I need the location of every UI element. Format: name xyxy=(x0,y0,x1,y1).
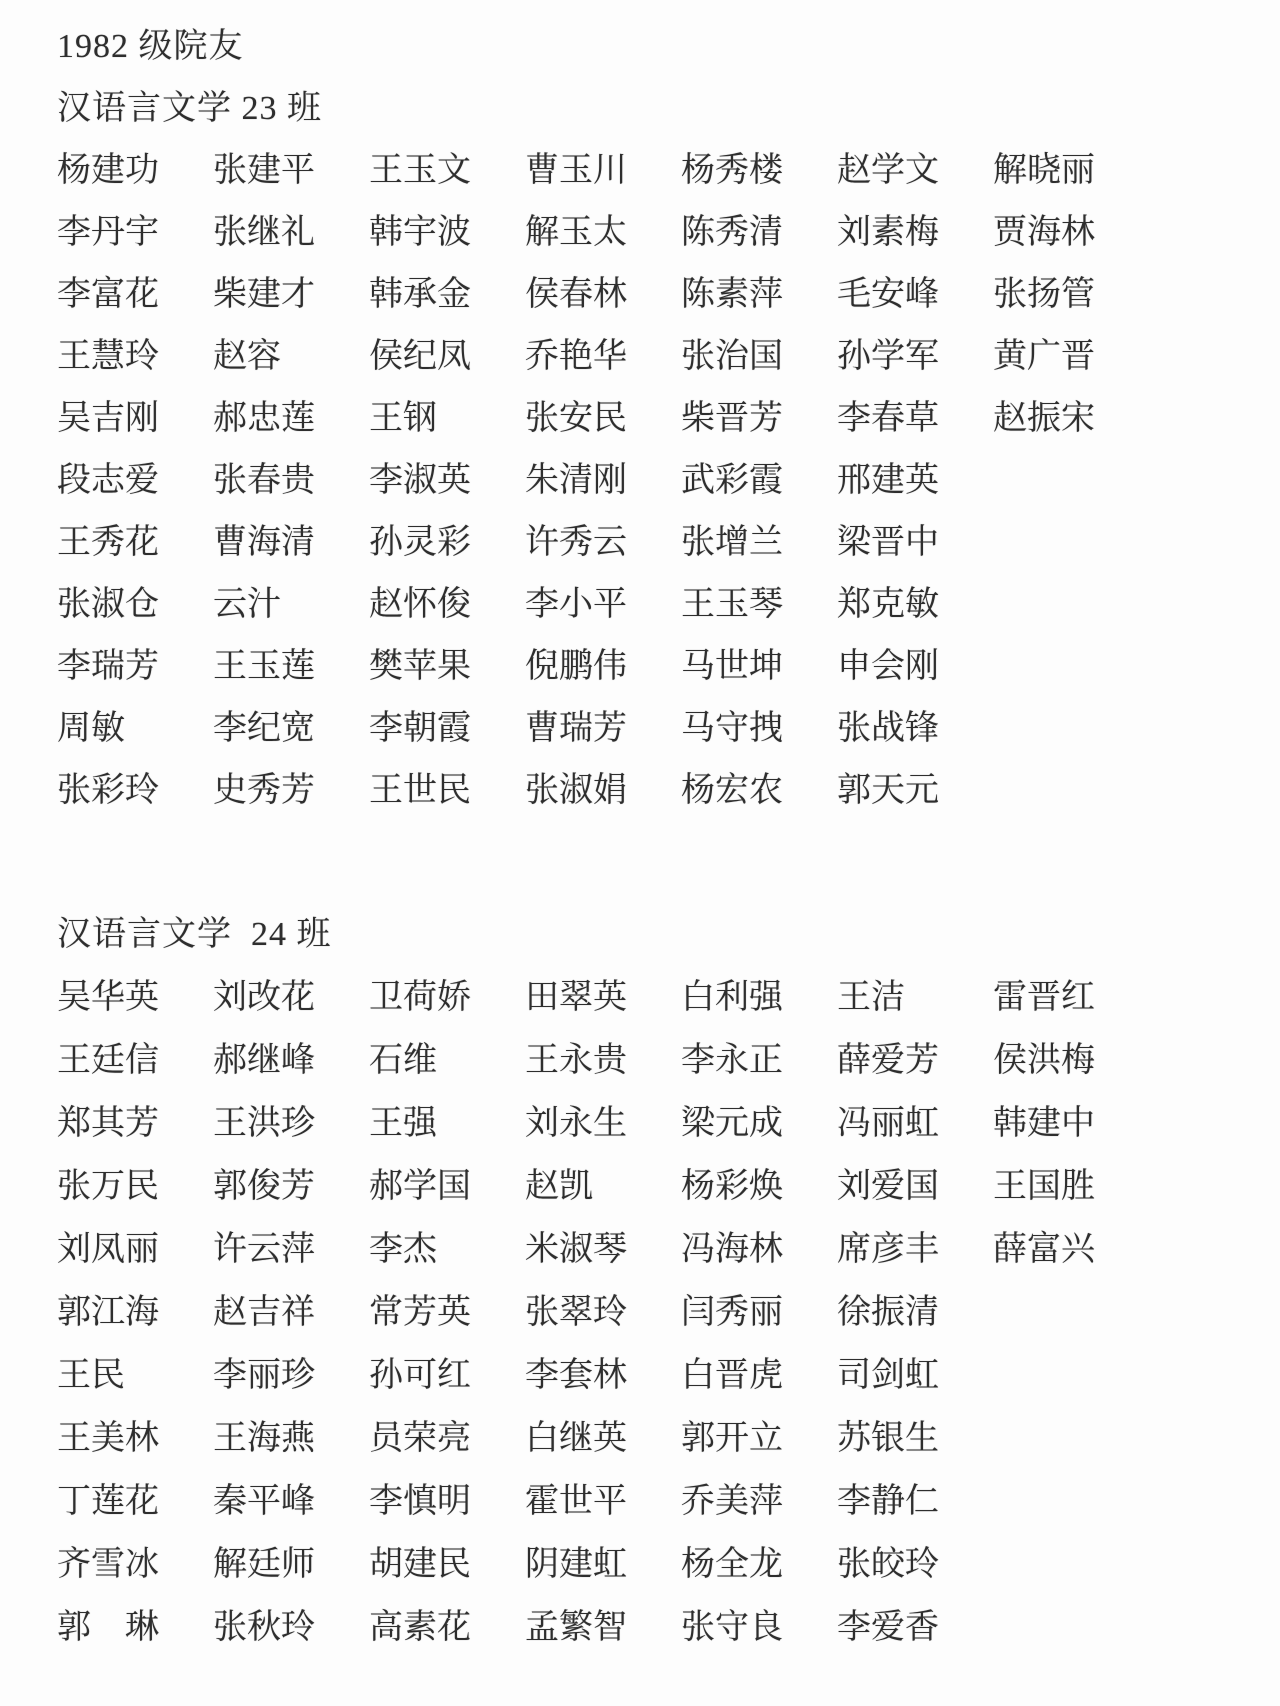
alumnus-name: 李套林 xyxy=(525,1344,681,1407)
alumnus-name: 曹瑞芳 xyxy=(525,698,681,760)
alumnus-name: 王秀花 xyxy=(57,512,213,574)
alumnus-name: 张万民 xyxy=(57,1155,213,1218)
alumnus-name: 张继礼 xyxy=(213,202,369,264)
name-row: 吴吉刚郝忠莲王钢张安民柴晋芳李春草赵振宋 xyxy=(57,388,1280,450)
alumnus-name: 刘素梅 xyxy=(837,202,993,264)
alumnus-name: 史秀芳 xyxy=(213,760,369,822)
alumnus-name: 段志爱 xyxy=(57,450,213,512)
alumnus-name: 侯纪凤 xyxy=(369,326,525,388)
alumnus-name: 吴吉刚 xyxy=(57,388,213,450)
alumnus-name: 王永贵 xyxy=(525,1029,681,1092)
alumnus-name: 郝继峰 xyxy=(213,1029,369,1092)
alumnus-name: 张皎玲 xyxy=(837,1533,993,1596)
alumnus-name: 秦平峰 xyxy=(213,1470,369,1533)
name-row: 张彩玲史秀芳王世民张淑娟杨宏农郭天元 xyxy=(57,760,1280,822)
alumnus-name: 高素花 xyxy=(369,1596,525,1659)
alumnus-name: 闫秀丽 xyxy=(681,1281,837,1344)
alumnus-name: 孙学军 xyxy=(837,326,993,388)
alumnus-name: 李瑞芳 xyxy=(57,636,213,698)
alumnus-name: 王民 xyxy=(57,1344,213,1407)
alumnus-name: 杨建功 xyxy=(57,140,213,202)
alumnus-name: 郝学国 xyxy=(369,1155,525,1218)
alumnus-name: 解廷师 xyxy=(213,1533,369,1596)
alumnus-name: 郑克敏 xyxy=(837,574,993,636)
alumnus-name: 申会刚 xyxy=(837,636,993,698)
alumnus-name: 白继英 xyxy=(525,1407,681,1470)
alumnus-name: 杨宏农 xyxy=(681,760,837,822)
alumnus-name: 马守拽 xyxy=(681,698,837,760)
alumnus-name: 张守良 xyxy=(681,1596,837,1659)
alumnus-name: 徐振清 xyxy=(837,1281,993,1344)
name-row: 李丹宇张继礼韩宇波解玉太陈秀清刘素梅贾海林 xyxy=(57,202,1280,264)
alumnus-name: 王廷信 xyxy=(57,1029,213,1092)
alumnus-name: 郭俊芳 xyxy=(213,1155,369,1218)
alumnus-name: 侯春林 xyxy=(525,264,681,326)
alumnus-name: 冯丽虹 xyxy=(837,1092,993,1155)
alumnus-name: 常芳英 xyxy=(369,1281,525,1344)
alumnus-name: 李纪宽 xyxy=(213,698,369,760)
class-section-23: 汉语言文学 23 班 杨建功张建平王玉文曹玉川杨秀楼赵学文解晓丽李丹宇张继礼韩宇… xyxy=(57,78,1280,822)
alumnus-name: 樊苹果 xyxy=(369,636,525,698)
alumnus-name: 韩承金 xyxy=(369,264,525,326)
alumnus-name: 郝忠莲 xyxy=(213,388,369,450)
name-row: 王廷信郝继峰石维王永贵李永正薛爱芳侯洪梅 xyxy=(57,1029,1280,1092)
name-row: 王民李丽珍孙可红李套林白晋虎司剑虹 xyxy=(57,1344,1280,1407)
alumnus-name: 米淑琴 xyxy=(525,1218,681,1281)
alumnus-name: 王强 xyxy=(369,1092,525,1155)
alumnus-name: 韩建中 xyxy=(993,1092,1149,1155)
alumnus-name: 赵吉祥 xyxy=(213,1281,369,1344)
name-row: 王慧玲赵容侯纪凤乔艳华张治国孙学军黄广晋 xyxy=(57,326,1280,388)
alumnus-name: 张春贵 xyxy=(213,450,369,512)
alumnus-name: 员荣亮 xyxy=(369,1407,525,1470)
alumnus-name: 赵凯 xyxy=(525,1155,681,1218)
name-row: 郭 琳张秋玲高素花孟繁智张守良李爱香 xyxy=(57,1596,1280,1659)
name-row: 郑其芳王洪珍王强刘永生梁元成冯丽虹韩建中 xyxy=(57,1092,1280,1155)
alumnus-name: 刘爱国 xyxy=(837,1155,993,1218)
name-row: 段志爱张春贵李淑英朱清刚武彩霞邢建英 xyxy=(57,450,1280,512)
alumnus-name: 杨全龙 xyxy=(681,1533,837,1596)
alumnus-name: 赵容 xyxy=(213,326,369,388)
alumnus-name: 胡建民 xyxy=(369,1533,525,1596)
name-grid-class-23: 杨建功张建平王玉文曹玉川杨秀楼赵学文解晓丽李丹宇张继礼韩宇波解玉太陈秀清刘素梅贾… xyxy=(57,140,1280,822)
alumnus-name: 王世民 xyxy=(369,760,525,822)
alumnus-name: 解晓丽 xyxy=(993,140,1149,202)
alumnus-name: 孙灵彩 xyxy=(369,512,525,574)
name-row: 齐雪冰解廷师胡建民阴建虹杨全龙张皎玲 xyxy=(57,1533,1280,1596)
alumnus-name: 石维 xyxy=(369,1029,525,1092)
alumnus-name: 郭天元 xyxy=(837,760,993,822)
alumnus-name: 郭 琳 xyxy=(57,1596,213,1659)
name-row: 杨建功张建平王玉文曹玉川杨秀楼赵学文解晓丽 xyxy=(57,140,1280,202)
alumnus-name: 李丹宇 xyxy=(57,202,213,264)
alumnus-name: 张淑仓 xyxy=(57,574,213,636)
name-row: 张万民郭俊芳郝学国赵凯杨彩焕刘爱国王国胜 xyxy=(57,1155,1280,1218)
alumnus-name: 薛富兴 xyxy=(993,1218,1149,1281)
name-row: 王美林王海燕员荣亮白继英郭开立苏银生 xyxy=(57,1407,1280,1470)
alumnus-name: 席彦丰 xyxy=(837,1218,993,1281)
alumnus-name: 赵振宋 xyxy=(993,388,1149,450)
alumnus-name: 贾海林 xyxy=(993,202,1149,264)
name-row: 李富花柴建才韩承金侯春林陈素萍毛安峰张扬管 xyxy=(57,264,1280,326)
alumnus-name: 王海燕 xyxy=(213,1407,369,1470)
alumnus-name: 梁晋中 xyxy=(837,512,993,574)
alumnus-name: 倪鹏伟 xyxy=(525,636,681,698)
alumnus-name: 韩宇波 xyxy=(369,202,525,264)
alumnus-name: 刘凤丽 xyxy=(57,1218,213,1281)
alumnus-name: 张淑娟 xyxy=(525,760,681,822)
alumnus-name: 李小平 xyxy=(525,574,681,636)
alumnus-name: 丁莲花 xyxy=(57,1470,213,1533)
class-section-24: 汉语言文学 24 班 吴华英刘改花卫荷娇田翠英白利强王洁雷晋红王廷信郝继峰石维王… xyxy=(57,904,1280,1659)
alumnus-name: 武彩霞 xyxy=(681,450,837,512)
alumnus-name: 解玉太 xyxy=(525,202,681,264)
alumnus-name: 朱清刚 xyxy=(525,450,681,512)
alumnus-name: 郭开立 xyxy=(681,1407,837,1470)
alumnus-name: 马世坤 xyxy=(681,636,837,698)
alumnus-name: 王洪珍 xyxy=(213,1092,369,1155)
alumnus-name: 黄广晋 xyxy=(993,326,1149,388)
alumnus-name: 王美林 xyxy=(57,1407,213,1470)
alumnus-name: 雷晋红 xyxy=(993,966,1149,1029)
alumnus-name: 柴晋芳 xyxy=(681,388,837,450)
alumnus-name: 赵怀俊 xyxy=(369,574,525,636)
alumnus-name: 张彩玲 xyxy=(57,760,213,822)
alumnus-name: 苏银生 xyxy=(837,1407,993,1470)
alumnus-name: 阴建虹 xyxy=(525,1533,681,1596)
page-title: 1982 级院友 xyxy=(57,16,1280,78)
alumnus-name: 杨彩焕 xyxy=(681,1155,837,1218)
alumnus-name: 冯海林 xyxy=(681,1218,837,1281)
alumnus-name: 曹海清 xyxy=(213,512,369,574)
alumnus-name: 孙可红 xyxy=(369,1344,525,1407)
alumnus-name: 卫荷娇 xyxy=(369,966,525,1029)
name-row: 李瑞芳王玉莲樊苹果倪鹏伟马世坤申会刚 xyxy=(57,636,1280,698)
alumnus-name: 刘改花 xyxy=(213,966,369,1029)
alumnus-name: 王钢 xyxy=(369,388,525,450)
name-row: 吴华英刘改花卫荷娇田翠英白利强王洁雷晋红 xyxy=(57,966,1280,1029)
name-row: 周敏李纪宽李朝霞曹瑞芳马守拽张战锋 xyxy=(57,698,1280,760)
alumnus-name: 霍世平 xyxy=(525,1470,681,1533)
alumnus-name: 李慎明 xyxy=(369,1470,525,1533)
alumnus-name: 张增兰 xyxy=(681,512,837,574)
alumnus-name: 李永正 xyxy=(681,1029,837,1092)
alumnus-name: 乔艳华 xyxy=(525,326,681,388)
section-heading-class-24: 汉语言文学 24 班 xyxy=(57,904,1280,966)
alumnus-name: 白利强 xyxy=(681,966,837,1029)
alumnus-name: 李富花 xyxy=(57,264,213,326)
alumnus-name: 张扬管 xyxy=(993,264,1149,326)
alumnus-name: 周敏 xyxy=(57,698,213,760)
alumnus-name: 曹玉川 xyxy=(525,140,681,202)
section-heading-class-23: 汉语言文学 23 班 xyxy=(57,78,1280,140)
alumnus-name: 张治国 xyxy=(681,326,837,388)
alumnus-name: 李杰 xyxy=(369,1218,525,1281)
name-row: 王秀花曹海清孙灵彩许秀云张增兰梁晋中 xyxy=(57,512,1280,574)
name-row: 丁莲花秦平峰李慎明霍世平乔美萍李静仁 xyxy=(57,1470,1280,1533)
name-row: 郭江海赵吉祥常芳英张翠玲闫秀丽徐振清 xyxy=(57,1281,1280,1344)
alumnus-name: 王玉莲 xyxy=(213,636,369,698)
alumnus-name: 李爱香 xyxy=(837,1596,993,1659)
alumnus-name: 张翠玲 xyxy=(525,1281,681,1344)
alumnus-name: 毛安峰 xyxy=(837,264,993,326)
alumnus-name: 王慧玲 xyxy=(57,326,213,388)
alumnus-name: 司剑虹 xyxy=(837,1344,993,1407)
alumnus-name: 许秀云 xyxy=(525,512,681,574)
alumnus-name: 李春草 xyxy=(837,388,993,450)
alumnus-name: 李丽珍 xyxy=(213,1344,369,1407)
alumnus-name: 张秋玲 xyxy=(213,1596,369,1659)
alumnus-name: 李淑英 xyxy=(369,450,525,512)
alumnus-name: 刘永生 xyxy=(525,1092,681,1155)
name-row: 刘凤丽许云萍李杰米淑琴冯海林席彦丰薛富兴 xyxy=(57,1218,1280,1281)
name-row: 张淑仓云汁赵怀俊李小平王玉琴郑克敏 xyxy=(57,574,1280,636)
alumnus-name: 陈素萍 xyxy=(681,264,837,326)
alumnus-name: 李静仁 xyxy=(837,1470,993,1533)
alumnus-name: 田翠英 xyxy=(525,966,681,1029)
alumnus-name: 郭江海 xyxy=(57,1281,213,1344)
alumnus-name: 赵学文 xyxy=(837,140,993,202)
alumnus-name: 杨秀楼 xyxy=(681,140,837,202)
alumnus-name: 王玉琴 xyxy=(681,574,837,636)
alumnus-name: 白晋虎 xyxy=(681,1344,837,1407)
alumnus-name: 齐雪冰 xyxy=(57,1533,213,1596)
alumnus-name: 李朝霞 xyxy=(369,698,525,760)
name-grid-class-24: 吴华英刘改花卫荷娇田翠英白利强王洁雷晋红王廷信郝继峰石维王永贵李永正薛爱芳侯洪梅… xyxy=(57,966,1280,1659)
alumnus-name: 侯洪梅 xyxy=(993,1029,1149,1092)
alumnus-name: 吴华英 xyxy=(57,966,213,1029)
alumnus-name: 张战锋 xyxy=(837,698,993,760)
alumnus-name: 王国胜 xyxy=(993,1155,1149,1218)
alumnus-name: 张建平 xyxy=(213,140,369,202)
alumnus-name: 王洁 xyxy=(837,966,993,1029)
alumnus-name: 乔美萍 xyxy=(681,1470,837,1533)
alumnus-name: 云汁 xyxy=(213,574,369,636)
alumnus-name: 王玉文 xyxy=(369,140,525,202)
alumnus-name: 柴建才 xyxy=(213,264,369,326)
document-page: 1982 级院友 汉语言文学 23 班 杨建功张建平王玉文曹玉川杨秀楼赵学文解晓… xyxy=(0,0,1280,1706)
alumnus-name: 张安民 xyxy=(525,388,681,450)
alumnus-name: 许云萍 xyxy=(213,1218,369,1281)
alumnus-name: 邢建英 xyxy=(837,450,993,512)
alumnus-name: 梁元成 xyxy=(681,1092,837,1155)
alumnus-name: 郑其芳 xyxy=(57,1092,213,1155)
alumnus-name: 薛爱芳 xyxy=(837,1029,993,1092)
alumnus-name: 孟繁智 xyxy=(525,1596,681,1659)
alumnus-name: 陈秀清 xyxy=(681,202,837,264)
